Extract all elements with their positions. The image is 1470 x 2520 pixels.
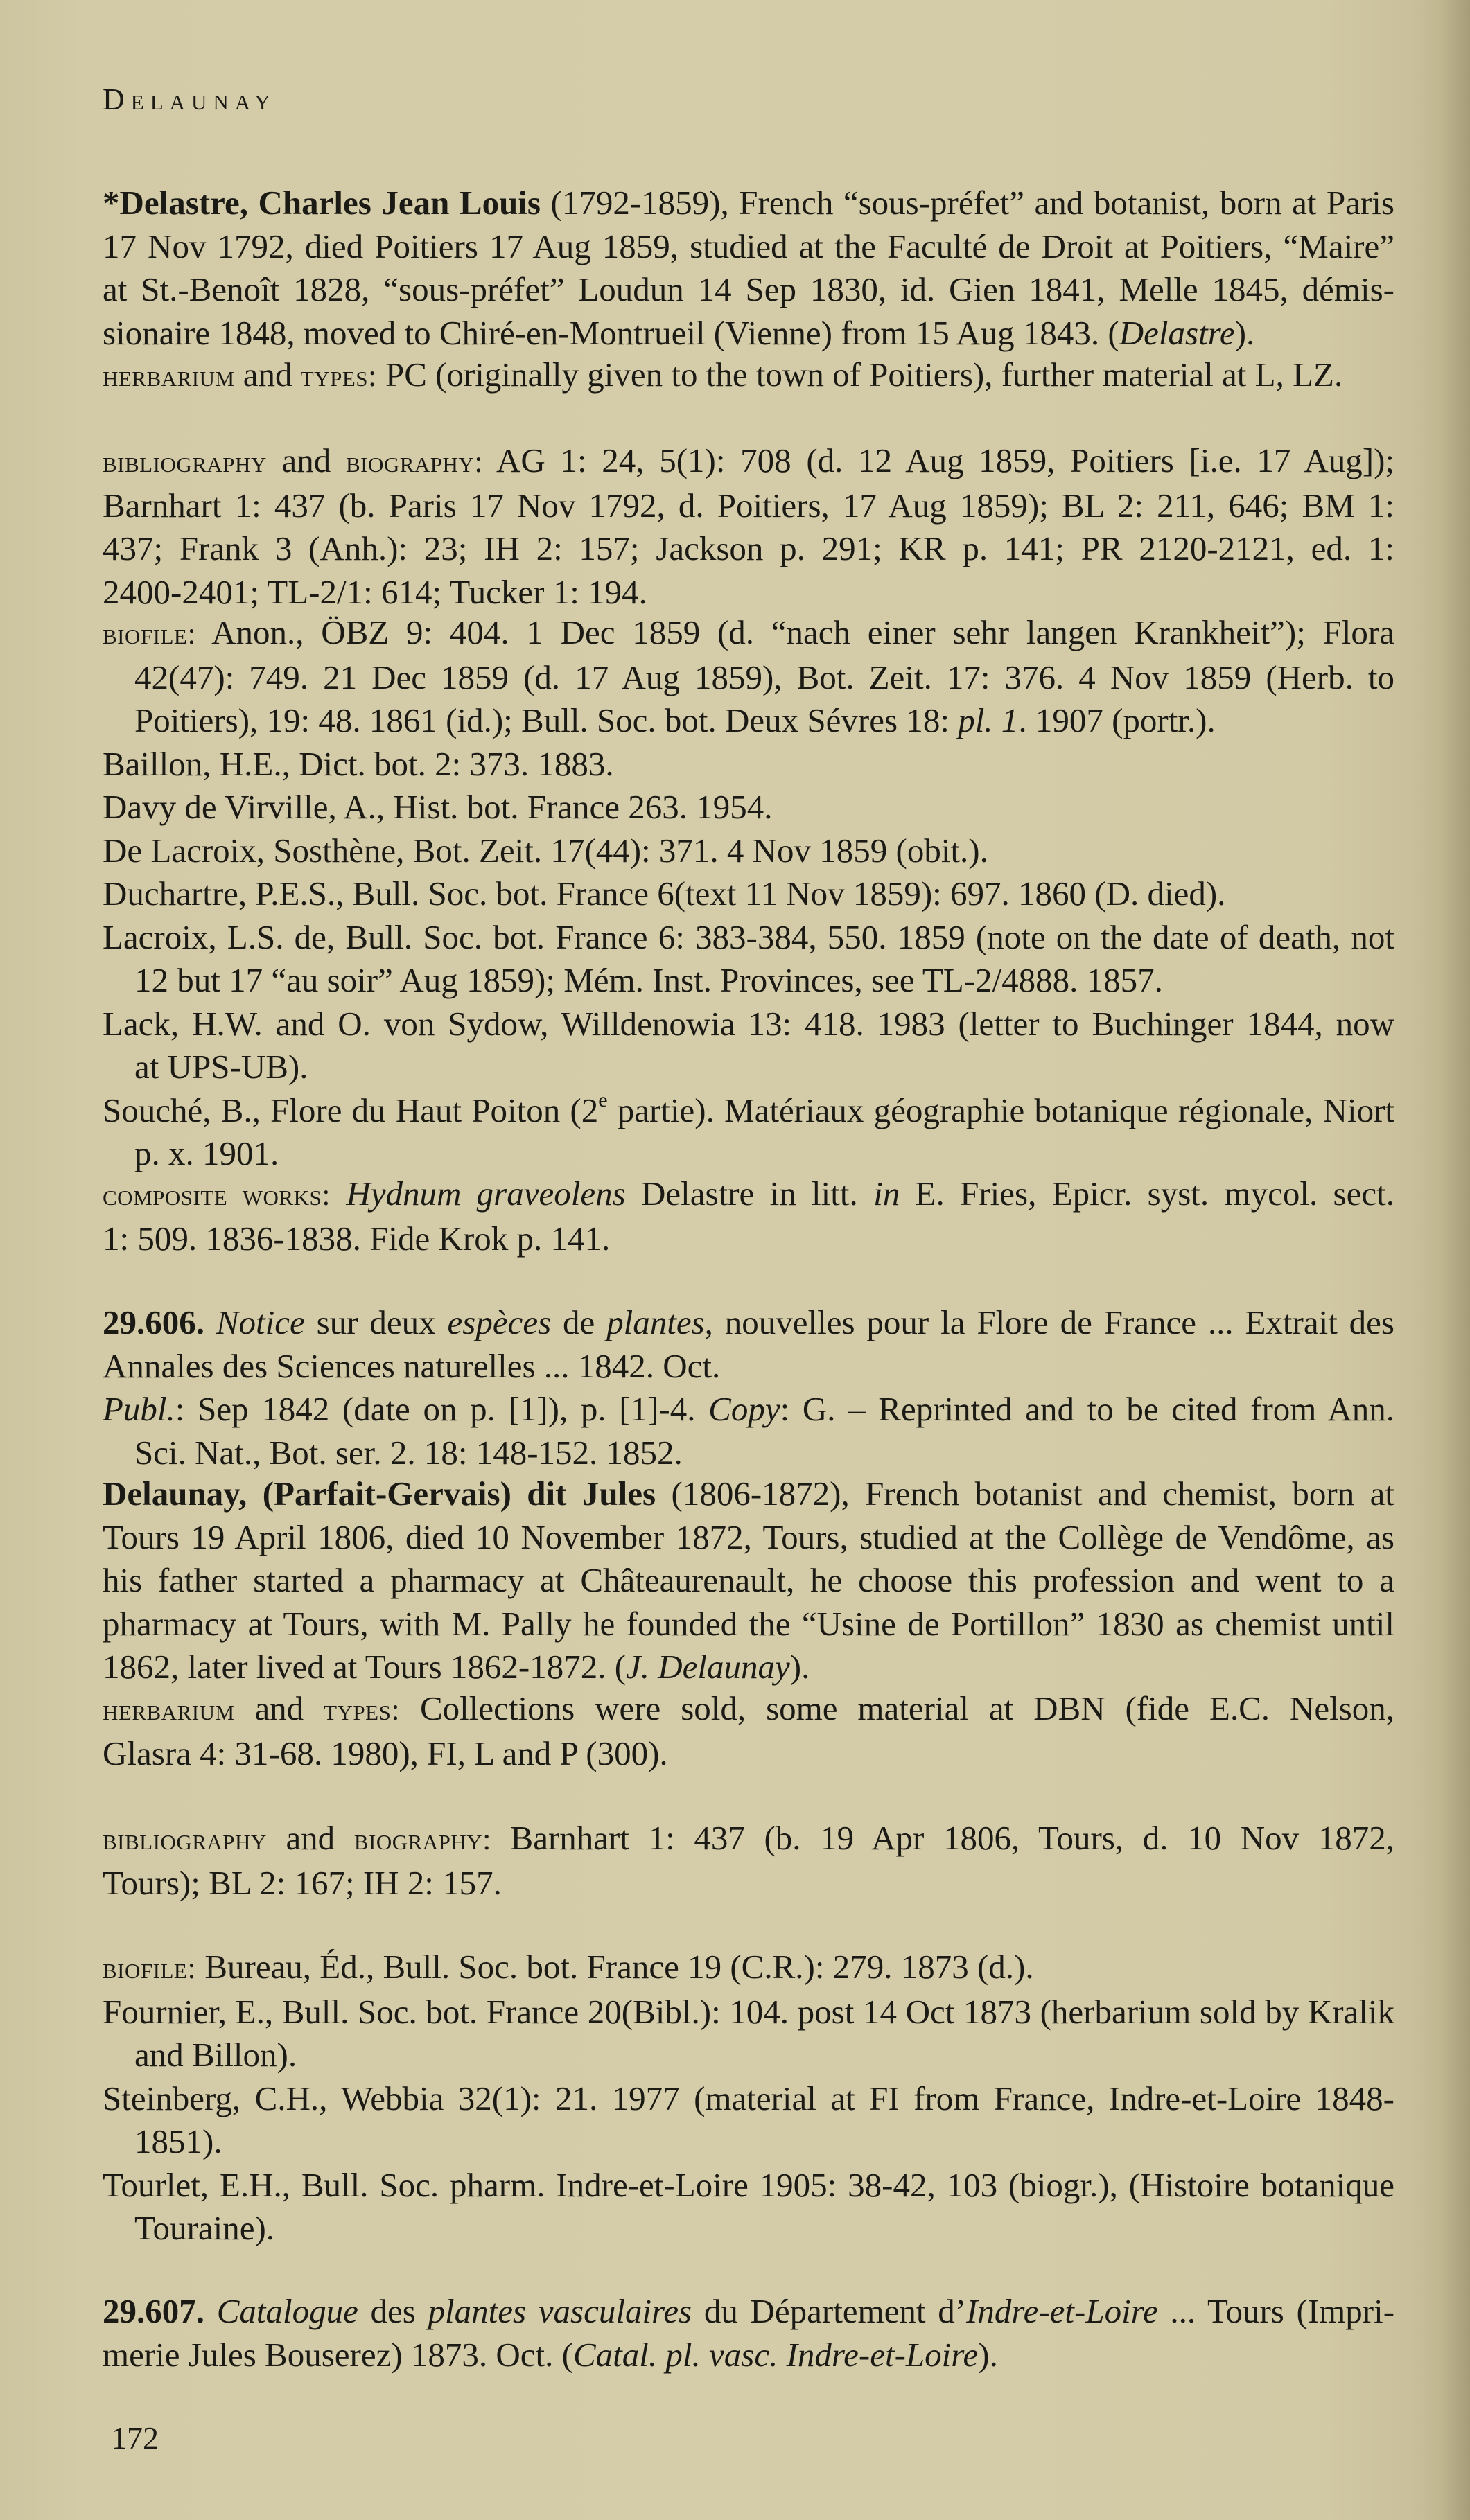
entry-line: *Delastre, Charles Jean Louis (1792-1859… xyxy=(103,182,1394,225)
work-29-606: 29.606. Notice sur deux espèces de plant… xyxy=(103,1301,1394,1474)
section-label: herbarium xyxy=(103,1693,235,1727)
entry-delaunay: Delaunay, (Parfait-Gervais) dit Jules (1… xyxy=(103,1472,1394,1689)
biofile-item: Duchartre, P.E.S., Bull. Soc. bot. Franc… xyxy=(103,872,1394,916)
biofile-item: De Lacroix, Sosthène, Bot. Zeit. 17(44):… xyxy=(103,829,1394,873)
biofile-section: biofile: Anon., ÖBZ 9: 404. 1 Dec 1859 (… xyxy=(103,611,1394,1176)
biofile-item: Davy de Virville, A., Hist. bot. France … xyxy=(103,786,1394,829)
section-label: composite works: xyxy=(103,1178,331,1212)
entry-line: 17 Nov 1792, died Poitiers 17 Aug 1859, … xyxy=(103,225,1394,269)
work-29-607: 29.607. Catalogue des plantes vasculaire… xyxy=(103,2290,1394,2377)
section-label: types: xyxy=(301,359,377,393)
section-label: biofile: xyxy=(103,617,196,651)
entry-line: sionaire 1848, moved to Chiré-en-Montrue… xyxy=(103,312,1394,355)
herbarium-section: herbarium and types: Collections were so… xyxy=(103,1687,1394,1775)
work-number: 29.606. xyxy=(103,1303,204,1341)
biofile-item: Baillon, H.E., Dict. bot. 2: 373. 1883. xyxy=(103,743,1394,786)
section-label: biofile: xyxy=(103,1951,196,1985)
section-label: bibliography xyxy=(103,1822,267,1856)
biofile-item: Fournier, E., Bull. Soc. bot. France 20(… xyxy=(103,1991,1394,2034)
herbarium-section: herbarium and types: PC (originally give… xyxy=(103,353,1394,398)
bibliography-section: bibliography and biography: Barnhart 1: … xyxy=(103,1817,1394,1905)
biofile-item: Souché, B., Flore du Haut Poiton (2e par… xyxy=(103,1089,1394,1133)
biofile-item: Tourlet, E.H., Bull. Soc. pharm. Indre-e… xyxy=(103,2164,1394,2208)
composite-works-section: composite works: Hydnum graveolens Delas… xyxy=(103,1172,1394,1260)
entry-name: Delaunay, (Parfait-Gervais) dit Jules xyxy=(103,1474,656,1513)
biofile-item: Lack, H.W. and O. von Sydow, Willdenowia… xyxy=(103,1003,1394,1046)
running-head: Delaunay xyxy=(103,82,277,117)
section-label: bibliography xyxy=(103,445,267,479)
entry-delastre: *Delastre, Charles Jean Louis (1792-1859… xyxy=(103,182,1394,355)
book-page: Delaunay *Delastre, Charles Jean Louis (… xyxy=(0,0,1470,2520)
bibliography-section: bibliography and biography: AG 1: 24, 5(… xyxy=(103,439,1394,614)
section-label: biography: xyxy=(354,1822,491,1856)
section-label: types: xyxy=(324,1693,400,1727)
biofile-item: Lacroix, L.S. de, Bull. Soc. bot. France… xyxy=(103,916,1394,960)
work-number: 29.607. xyxy=(103,2292,204,2330)
section-label: herbarium xyxy=(103,359,235,393)
biofile-item: Steinberg, C.H., Webbia 32(1): 21. 1977 … xyxy=(103,2077,1394,2121)
author-abbrev: J. Delaunay xyxy=(626,1648,790,1686)
biofile-section: biofile: Bureau, Éd., Bull. Soc. bot. Fr… xyxy=(103,1946,1394,2250)
entry-line: at St.-Benoît 1828, “sous-préfet” Loudun… xyxy=(103,268,1394,312)
section-label: biography: xyxy=(346,445,483,479)
page-number: 172 xyxy=(111,2420,159,2456)
entry-name: *Delastre, Charles Jean Louis xyxy=(103,184,541,222)
author-abbrev: Delastre xyxy=(1119,314,1235,352)
